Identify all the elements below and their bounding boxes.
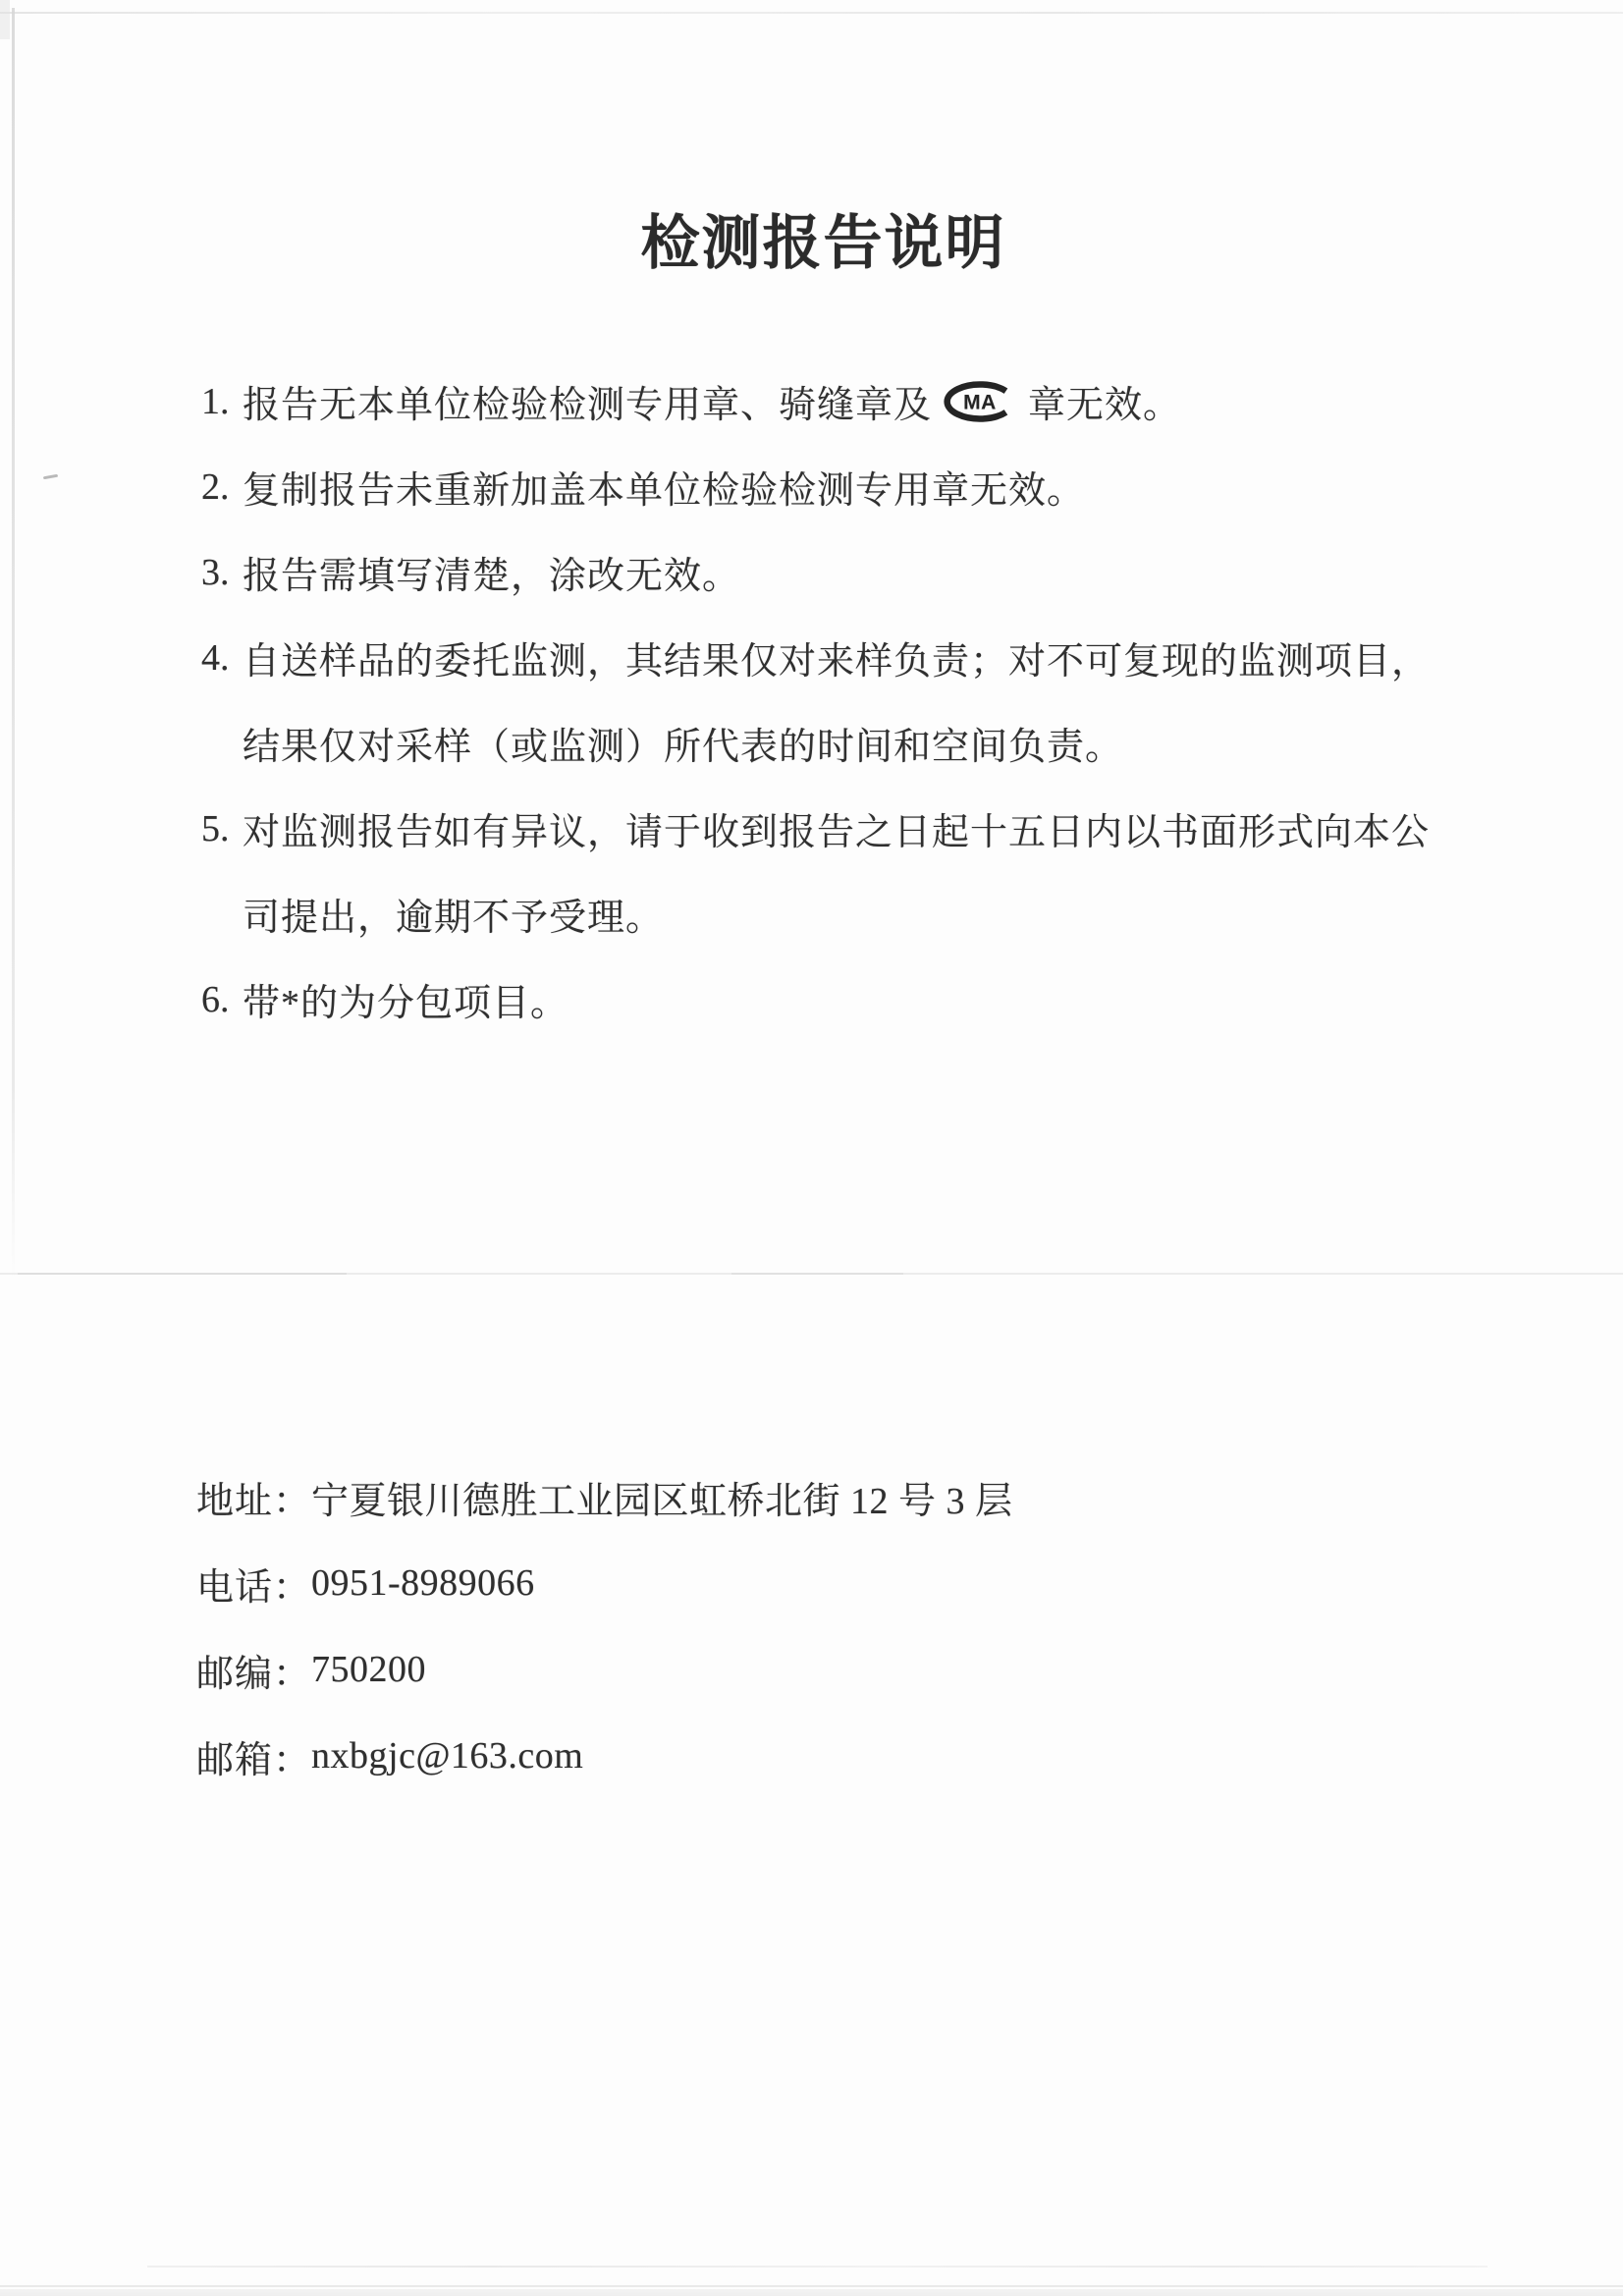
note-text: 章无效。 [1028, 374, 1181, 428]
scan-line-bottom [0, 2285, 1623, 2287]
scan-line-middle-segment [731, 1273, 903, 1275]
cma-mark-icon: MA [942, 381, 1018, 422]
scan-smudge-mark [43, 474, 58, 480]
email-label: 邮箱： [196, 1729, 311, 1783]
postal-row: 邮编： 750200 [196, 1626, 1276, 1713]
scan-line-middle-segment [18, 1273, 347, 1275]
email-row: 邮箱： nxbgjc@163.com [196, 1713, 1276, 1799]
address-label: 地址： [196, 1470, 311, 1524]
note-text: 带*的为分包项目。 [243, 972, 568, 1026]
note-text: 报告无本单位检验检测专用章、骑缝章及 [243, 374, 932, 428]
note-item-4: 4. 自送样品的委托监测，其结果仅对来样负责；对不可复现的监测项目， [201, 615, 1507, 700]
phone-value: 0951-8989066 [311, 1561, 535, 1605]
note-item-3: 3. 报告需填写清楚，涂改无效。 [201, 529, 1507, 615]
scan-corner-smudge [0, 0, 10, 39]
notes-list: 1. 报告无本单位检验检测专用章、骑缝章及 MA 章无效。 2. 复制报告未重新… [201, 358, 1507, 1042]
address-row: 地址： 宁夏银川德胜工业园区虹桥北街 12 号 3 层 [196, 1453, 1276, 1540]
phone-label: 电话： [196, 1557, 311, 1611]
note-number: 4. [201, 636, 243, 680]
note-item-2: 2. 复制报告未重新加盖本单位检验检测专用章无效。 [201, 444, 1507, 529]
note-item-4-continuation: 结果仅对采样（或监测）所代表的时间和空间负责。 [201, 700, 1507, 786]
address-value: 宁夏银川德胜工业园区虹桥北街 12 号 3 层 [311, 1470, 1013, 1524]
note-number: 6. [201, 978, 243, 1021]
postal-label: 邮编： [196, 1643, 311, 1697]
phone-row: 电话： 0951-8989066 [196, 1540, 1276, 1626]
scan-edge-band [0, 2289, 1623, 2296]
page-title: 检测报告说明 [12, 196, 1623, 281]
postal-value: 750200 [311, 1648, 426, 1691]
note-item-6: 6. 带*的为分包项目。 [201, 957, 1507, 1042]
note-number: 2. [201, 465, 243, 509]
note-text: 复制报告未重新加盖本单位检验检测专用章无效。 [243, 460, 1085, 514]
note-text: 对监测报告如有异议，请于收到报告之日起十五日内以书面形式向本公 [243, 801, 1430, 855]
note-number: 3. [201, 551, 243, 594]
note-item-5-continuation: 司提出，逾期不予受理。 [201, 871, 1507, 957]
note-number: 1. [201, 380, 243, 423]
note-text: 司提出，逾期不予受理。 [243, 887, 664, 941]
scan-line-middle [0, 1273, 1623, 1275]
note-item-1: 1. 报告无本单位检验检测专用章、骑缝章及 MA 章无效。 [201, 358, 1507, 444]
note-text: 报告需填写清楚，涂改无效。 [243, 545, 740, 599]
cma-mark-text: MA [963, 391, 997, 413]
email-value: nxbgjc@163.com [311, 1734, 583, 1777]
note-text: 结果仅对采样（或监测）所代表的时间和空间负责。 [243, 716, 1123, 770]
scan-line-top [0, 12, 1623, 14]
document-page: 检测报告说明 1. 报告无本单位检验检测专用章、骑缝章及 MA 章无效。 2. … [0, 0, 1623, 2296]
note-number: 5. [201, 807, 243, 850]
contact-block: 地址： 宁夏银川德胜工业园区虹桥北街 12 号 3 层 电话： 0951-898… [196, 1453, 1276, 1799]
note-text: 自送样品的委托监测，其结果仅对来样负责；对不可复现的监测项目， [243, 630, 1430, 684]
scan-line-bottom [147, 2266, 1488, 2268]
note-item-5: 5. 对监测报告如有异议，请于收到报告之日起十五日内以书面形式向本公 [201, 786, 1507, 871]
